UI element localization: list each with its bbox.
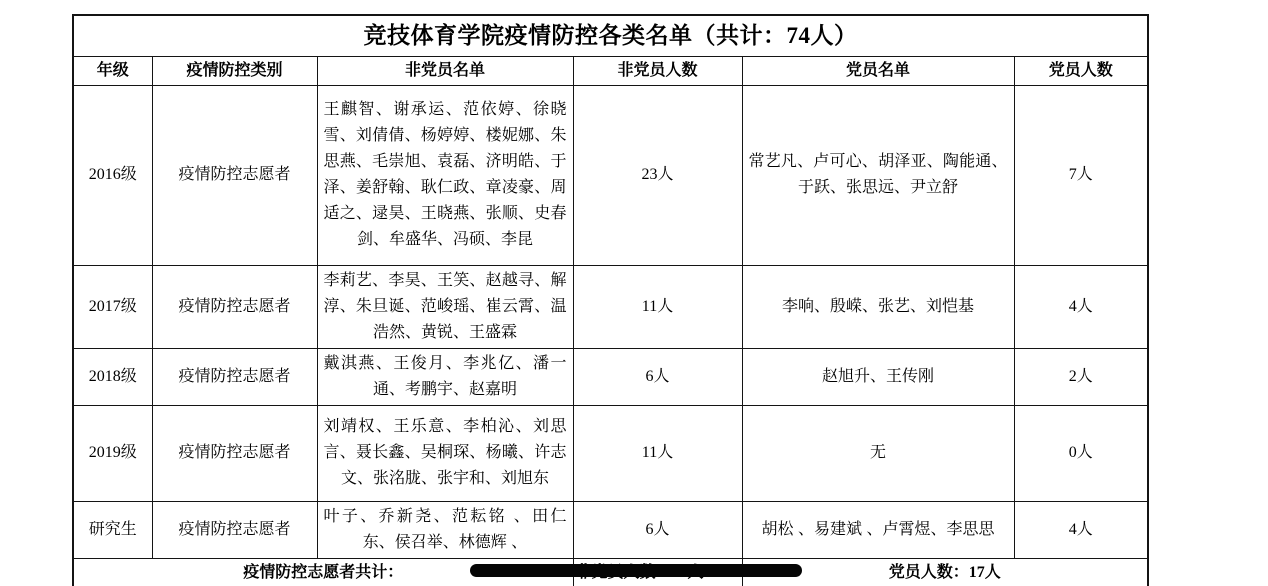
table-title: 竞技体育学院疫情防控各类名单（共计：74人） bbox=[73, 15, 1148, 56]
party-count-cell: 2人 bbox=[1014, 348, 1148, 405]
party-count-cell: 0人 bbox=[1014, 405, 1148, 501]
nonparty-names-cell: 王麒智、谢承运、范依婷、徐晓雪、刘倩倩、杨婷婷、楼妮娜、朱思燕、毛崇旭、袁磊、济… bbox=[317, 85, 573, 265]
header-nonparty-names: 非党员名单 bbox=[317, 56, 573, 85]
footer-party-total: 党员人数：17人 bbox=[742, 558, 1148, 586]
nonparty-names-cell: 刘靖权、王乐意、李柏沁、刘思言、聂长鑫、吴桐琛、杨曦、许志文、张洺胧、张宇和、刘… bbox=[317, 405, 573, 501]
nonparty-count-cell: 11人 bbox=[573, 265, 742, 348]
grade-cell: 2019级 bbox=[73, 405, 152, 501]
grade-cell: 2016级 bbox=[73, 85, 152, 265]
title-row: 竞技体育学院疫情防控各类名单（共计：74人） bbox=[73, 15, 1148, 56]
document-page: 竞技体育学院疫情防控各类名单（共计：74人） 年级 疫情防控类别 非党员名单 非… bbox=[0, 0, 1268, 586]
redaction-mark bbox=[470, 564, 802, 577]
category-cell: 疫情防控志愿者 bbox=[152, 85, 317, 265]
table-row: 研究生 疫情防控志愿者 叶子、乔新尧、范耘铭 、田仁东、侯召举、林德辉 、 6人… bbox=[73, 501, 1148, 558]
nonparty-count-cell: 11人 bbox=[573, 405, 742, 501]
covid-roster-table: 竞技体育学院疫情防控各类名单（共计：74人） 年级 疫情防控类别 非党员名单 非… bbox=[72, 14, 1149, 586]
party-names-cell: 无 bbox=[742, 405, 1014, 501]
category-cell: 疫情防控志愿者 bbox=[152, 348, 317, 405]
category-cell: 疫情防控志愿者 bbox=[152, 265, 317, 348]
party-names-cell: 胡松 、易建斌 、卢霄煜、李思思 bbox=[742, 501, 1014, 558]
party-names-cell: 常艺凡、卢可心、胡泽亚、陶能通、于跃、张思远、尹立舒 bbox=[742, 85, 1014, 265]
party-count-cell: 4人 bbox=[1014, 501, 1148, 558]
category-cell: 疫情防控志愿者 bbox=[152, 405, 317, 501]
party-count-cell: 4人 bbox=[1014, 265, 1148, 348]
header-party-count: 党员人数 bbox=[1014, 56, 1148, 85]
header-party-names: 党员名单 bbox=[742, 56, 1014, 85]
grade-cell: 研究生 bbox=[73, 501, 152, 558]
party-names-cell: 赵旭升、王传刚 bbox=[742, 348, 1014, 405]
table-row: 2017级 疫情防控志愿者 李莉艺、李昊、王笑、赵越寻、解淳、朱旦诞、范峻瑶、崔… bbox=[73, 265, 1148, 348]
nonparty-count-cell: 6人 bbox=[573, 501, 742, 558]
nonparty-count-cell: 6人 bbox=[573, 348, 742, 405]
grade-cell: 2017级 bbox=[73, 265, 152, 348]
party-count-cell: 7人 bbox=[1014, 85, 1148, 265]
table-row: 2016级 疫情防控志愿者 王麒智、谢承运、范依婷、徐晓雪、刘倩倩、杨婷婷、楼妮… bbox=[73, 85, 1148, 265]
table-row: 2018级 疫情防控志愿者 戴淇燕、王俊月、李兆亿、潘一通、考鹏宇、赵嘉明 6人… bbox=[73, 348, 1148, 405]
category-cell: 疫情防控志愿者 bbox=[152, 501, 317, 558]
nonparty-names-cell: 李莉艺、李昊、王笑、赵越寻、解淳、朱旦诞、范峻瑶、崔云霄、温浩然、黄锐、王盛霖 bbox=[317, 265, 573, 348]
grade-cell: 2018级 bbox=[73, 348, 152, 405]
header-category: 疫情防控类别 bbox=[152, 56, 317, 85]
nonparty-names-cell: 叶子、乔新尧、范耘铭 、田仁东、侯召举、林德辉 、 bbox=[317, 501, 573, 558]
header-row: 年级 疫情防控类别 非党员名单 非党员人数 党员名单 党员人数 bbox=[73, 56, 1148, 85]
table-row: 2019级 疫情防控志愿者 刘靖权、王乐意、李柏沁、刘思言、聂长鑫、吴桐琛、杨曦… bbox=[73, 405, 1148, 501]
header-grade: 年级 bbox=[73, 56, 152, 85]
header-nonparty-count: 非党员人数 bbox=[573, 56, 742, 85]
nonparty-names-cell: 戴淇燕、王俊月、李兆亿、潘一通、考鹏宇、赵嘉明 bbox=[317, 348, 573, 405]
nonparty-count-cell: 23人 bbox=[573, 85, 742, 265]
party-names-cell: 李响、殷嵘、张艺、刘恺基 bbox=[742, 265, 1014, 348]
